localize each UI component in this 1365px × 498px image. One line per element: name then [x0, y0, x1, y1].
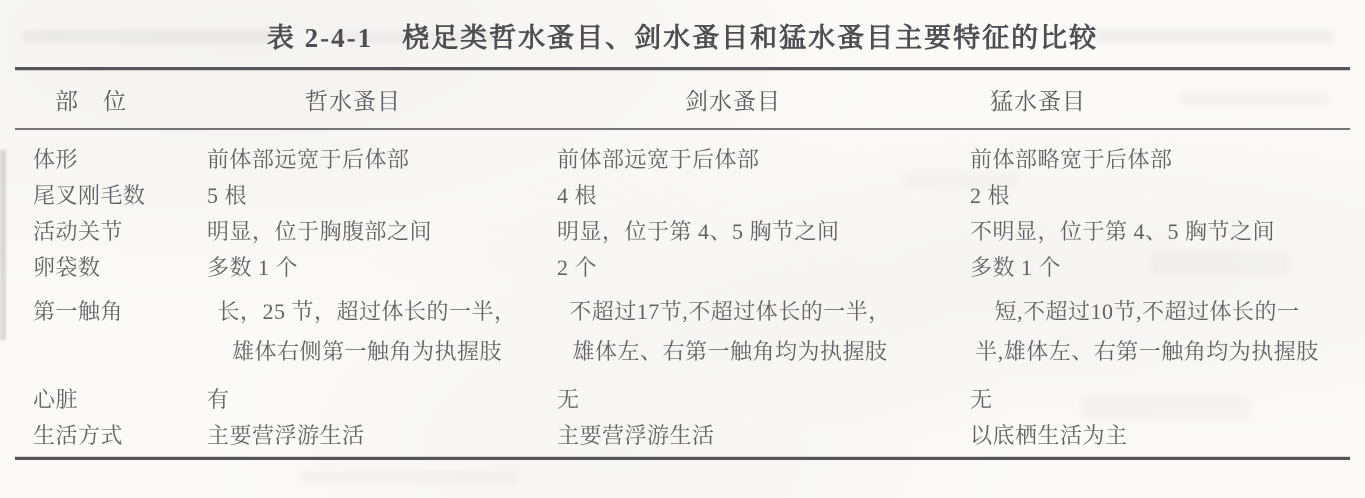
table-body: 体形 前体部远宽于后体部 前体部远宽于后体部 前体部略宽于后体部 尾叉刚毛数 5… [15, 130, 1350, 457]
row-label: 活动关节 [15, 214, 207, 250]
table-row-first-antenna: 第一触角 长，25 节，超过体长的一半， 雄体右侧第一触角为执握肢 不超过17节… [15, 286, 1350, 374]
column-header-part: 部 位 [55, 83, 207, 116]
cell-line: 不超过17节,不超过体长的一半， [557, 292, 903, 332]
row-label: 第一触角 [15, 292, 207, 374]
table-row-heart: 心脏 有 无 无 [15, 374, 1350, 418]
paper-smudge [300, 472, 520, 483]
table-row-lifestyle: 生活方式 主要营浮游生活 主要营浮游生活 以底栖生活为主 [15, 418, 1350, 454]
row-label: 卵袋数 [15, 250, 207, 286]
cell-line: 雄体右侧第一触角为执握肢 [207, 332, 527, 372]
cell-line: 短,不超过10节,不超过体长的一 [970, 292, 1324, 332]
row-label: 生活方式 [15, 418, 207, 454]
column-header-harpacticoida: 猛水蚤目 [990, 83, 1350, 116]
cell-harpacticoida: 前体部略宽于后体部 [965, 142, 1350, 178]
table-header-row: 部 位 哲水蚤目 剑水蚤目 猛水蚤目 [15, 70, 1350, 128]
cell-harpacticoida: 2 根 [965, 178, 1350, 214]
cell-harpacticoida: 不明显，位于第 4、5 胸节之间 [965, 214, 1350, 250]
cell-calanoida: 前体部远宽于后体部 [207, 142, 555, 178]
table-row-movable-joint: 活动关节 明显，位于胸腹部之间 明显，位于第 4、5 胸节之间 不明显，位于第 … [15, 214, 1350, 250]
table-bottom-rule [15, 457, 1350, 460]
table-title: 表 2-4-1 桡足类哲水蚤目、剑水蚤目和猛水蚤目主要特征的比较 [267, 16, 1098, 55]
row-label: 体形 [15, 142, 207, 178]
table-title-band: 表 2-4-1 桡足类哲水蚤目、剑水蚤目和猛水蚤目主要特征的比较 [15, 0, 1350, 67]
cell-cyclopoida: 2 个 [555, 250, 965, 286]
cell-cyclopoida: 明显，位于第 4、5 胸节之间 [555, 214, 965, 250]
cell-cyclopoida: 无 [555, 382, 965, 418]
row-label: 尾叉刚毛数 [15, 178, 207, 214]
table-row-body-shape: 体形 前体部远宽于后体部 前体部远宽于后体部 前体部略宽于后体部 [15, 142, 1350, 178]
cell-calanoida: 明显，位于胸腹部之间 [207, 214, 555, 250]
cell-line: 雄体左、右第一触角均为执握肢 [557, 332, 903, 372]
cell-harpacticoida: 以底栖生活为主 [965, 418, 1350, 454]
table-row-caudal-setae: 尾叉刚毛数 5 根 4 根 2 根 [15, 178, 1350, 214]
cell-cyclopoida: 不超过17节,不超过体长的一半， 雄体左、右第一触角均为执握肢 [555, 292, 965, 374]
scanned-book-page: 表 2-4-1 桡足类哲水蚤目、剑水蚤目和猛水蚤目主要特征的比较 部 位 哲水蚤… [0, 0, 1365, 498]
cell-calanoida: 5 根 [207, 178, 555, 214]
cell-cyclopoida: 主要营浮游生活 [555, 418, 965, 454]
column-header-calanoida: 哲水蚤目 [305, 83, 555, 116]
table-sheet: 表 2-4-1 桡足类哲水蚤目、剑水蚤目和猛水蚤目主要特征的比较 部 位 哲水蚤… [15, 0, 1350, 460]
scan-edge-artifact [0, 150, 6, 340]
cell-cyclopoida: 4 根 [555, 178, 965, 214]
cell-line: 长，25 节，超过体长的一半， [207, 292, 527, 332]
cell-calanoida: 长，25 节，超过体长的一半， 雄体右侧第一触角为执握肢 [207, 292, 555, 374]
cell-calanoida: 多数 1 个 [207, 250, 555, 286]
cell-harpacticoida: 无 [965, 382, 1350, 418]
cell-harpacticoida: 短,不超过10节,不超过体长的一 半,雄体左、右第一触角均为执握肢 [965, 292, 1350, 374]
column-header-cyclopoida: 剑水蚤目 [685, 83, 965, 116]
cell-calanoida: 主要营浮游生活 [207, 418, 555, 454]
cell-harpacticoida: 多数 1 个 [965, 250, 1350, 286]
cell-cyclopoida: 前体部远宽于后体部 [555, 142, 965, 178]
cell-calanoida: 有 [207, 382, 555, 418]
table-row-egg-sacs: 卵袋数 多数 1 个 2 个 多数 1 个 [15, 250, 1350, 286]
row-label: 心脏 [15, 382, 207, 418]
cell-line: 半,雄体左、右第一触角均为执握肢 [970, 332, 1324, 372]
